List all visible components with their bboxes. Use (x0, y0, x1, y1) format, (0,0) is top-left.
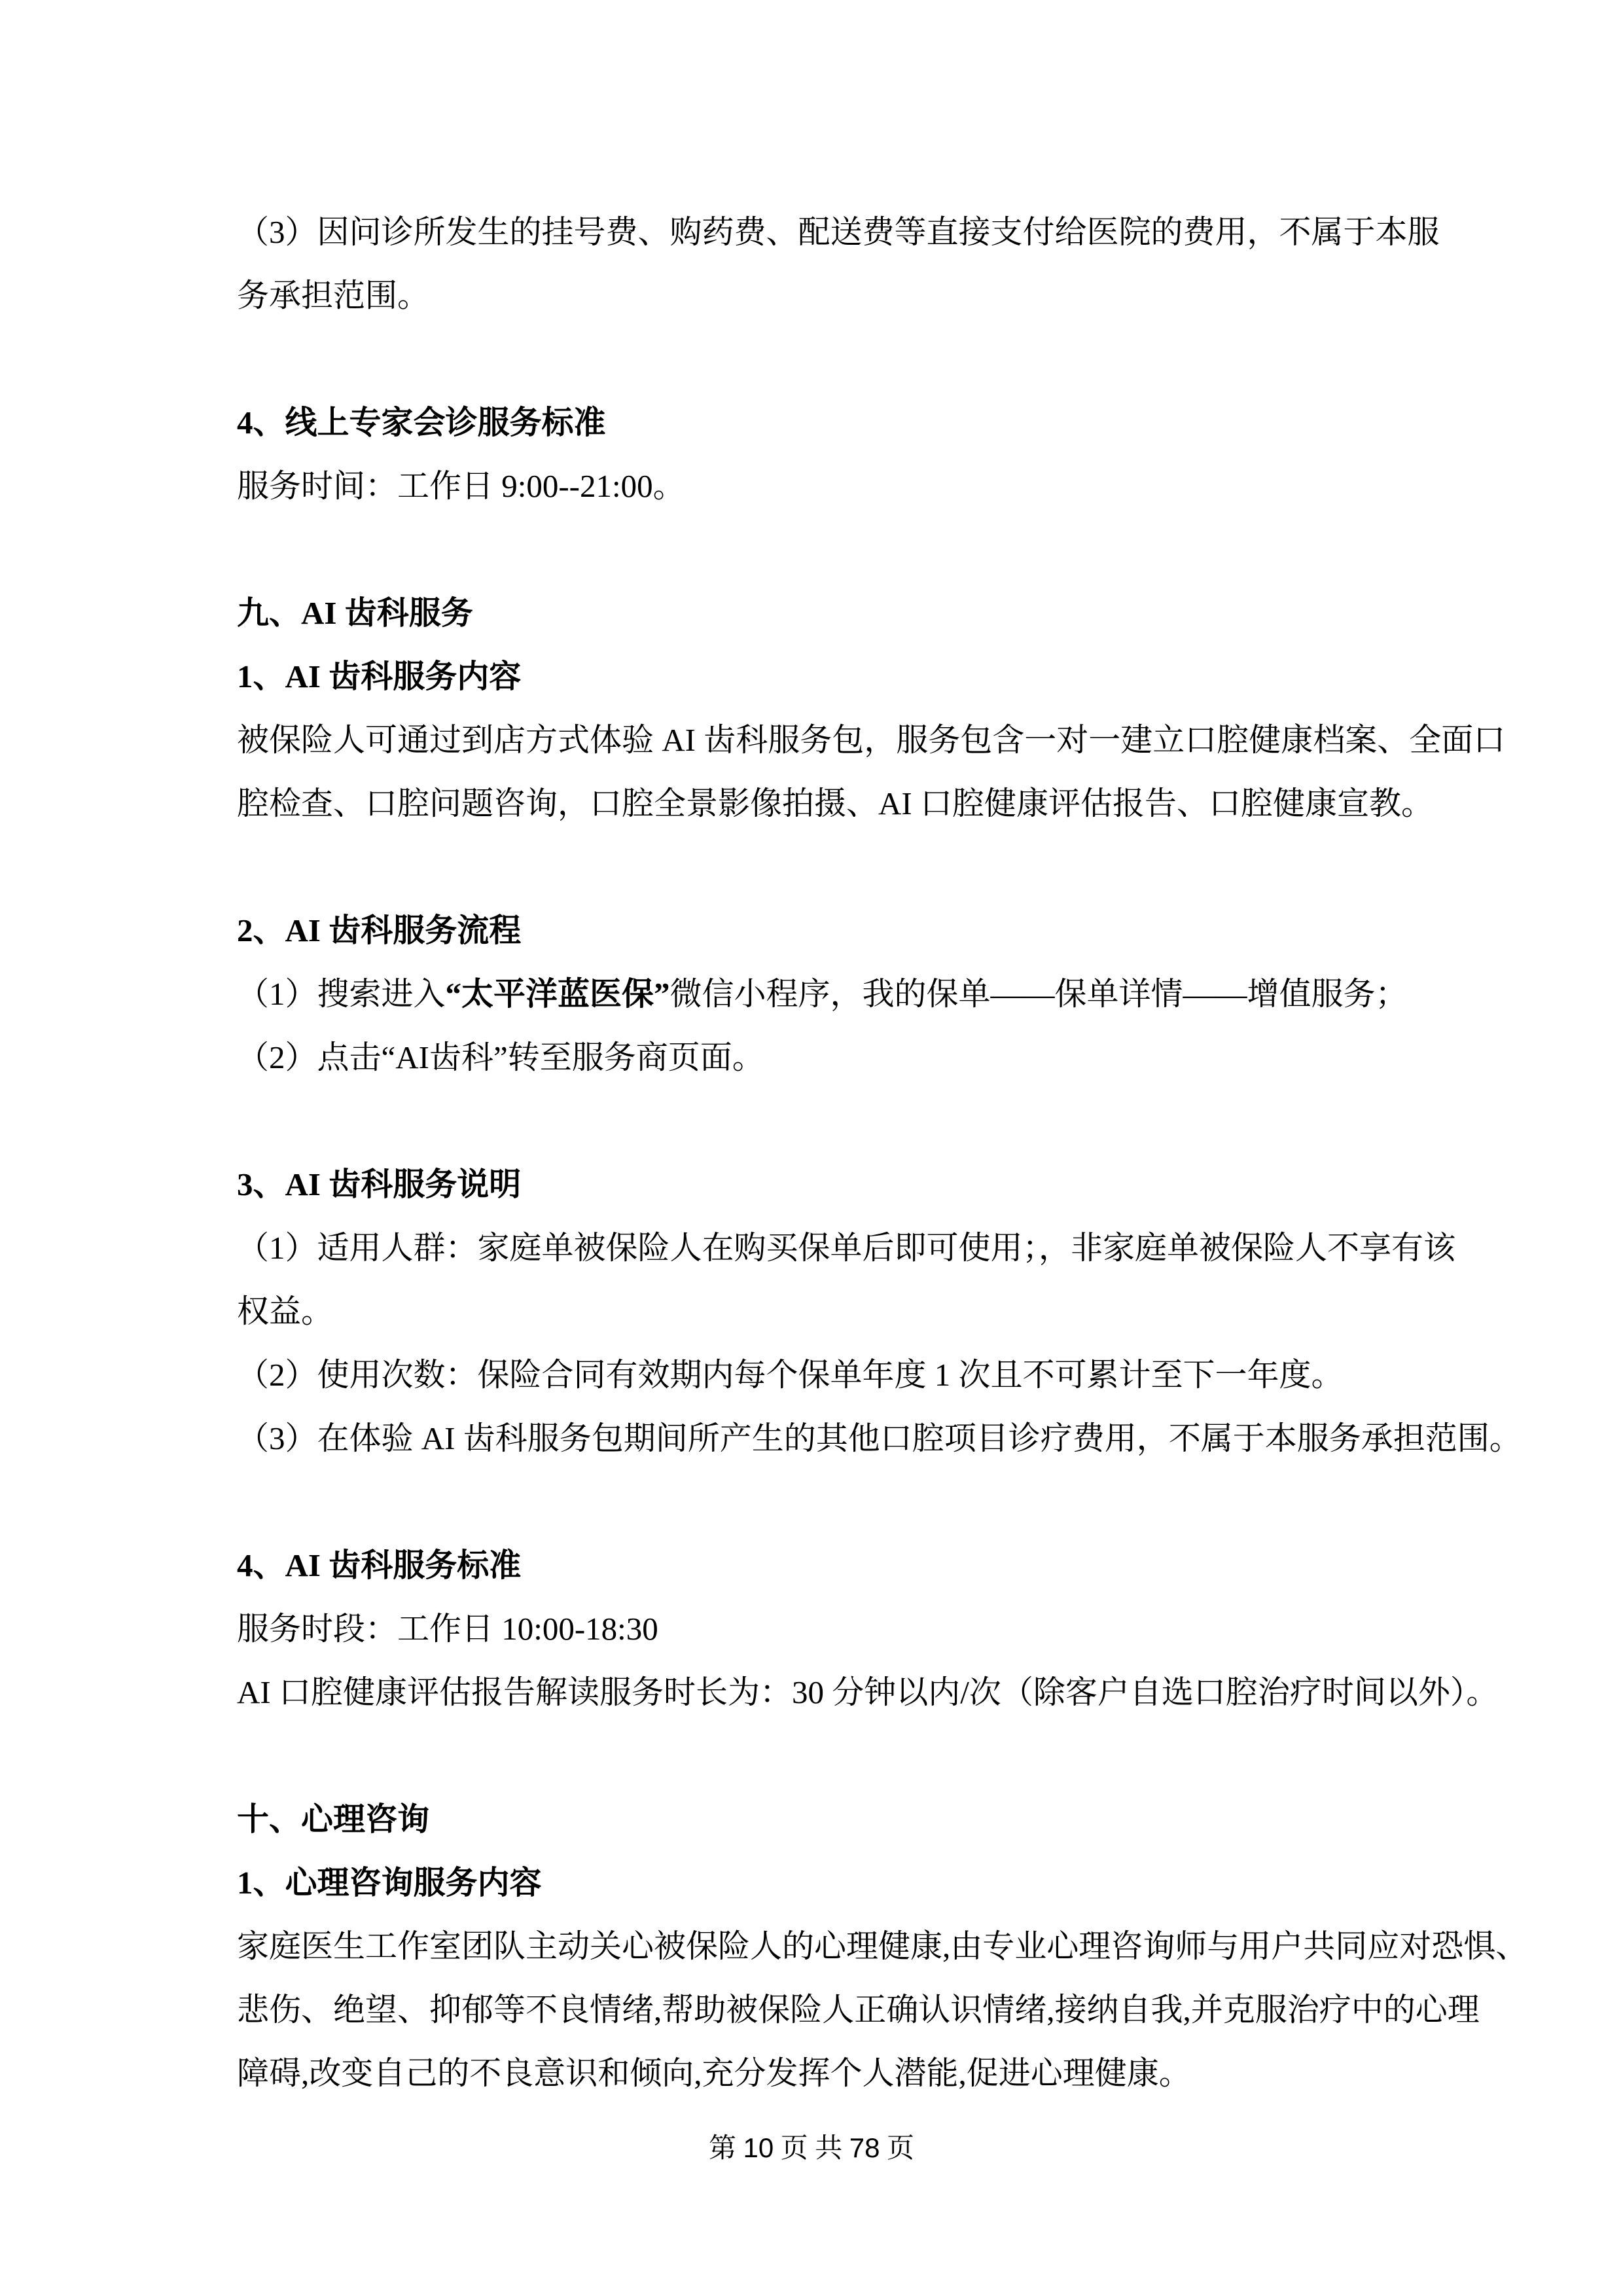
heading-section-ten-psych-counsel: 十、心理咨询 (237, 1787, 1389, 1851)
paragraph-line: AI 口腔健康评估报告解读服务时长为：30 分钟以内/次（除客户自选口腔治疗时间… (237, 1660, 1389, 1724)
heading-ai-dental-notes: 3、AI 齿科服务说明 (237, 1153, 1389, 1216)
paragraph-line: 被保险人可通过到店方式体验 AI 齿科服务包，服务包含一对一建立口腔健康档案、全… (237, 708, 1389, 772)
blank-line (237, 1089, 1389, 1153)
heading-ai-dental-process: 2、AI 齿科服务流程 (237, 899, 1389, 962)
footer-page-number: 10 (743, 2132, 774, 2163)
heading-ai-dental-content: 1、AI 齿科服务内容 (237, 645, 1389, 708)
brand-name-bold: “太平洋蓝医保” (446, 976, 670, 1012)
document-body: （3）因问诊所发生的挂号费、购药费、配送费等直接支付给医院的费用，不属于本服 务… (0, 0, 1623, 2105)
run-text: （1）搜索进入 (237, 976, 446, 1012)
blank-line (237, 518, 1389, 581)
footer-label-prefix: 第 (709, 2134, 743, 2164)
run-text: 微信小程序，我的保单——保单详情——增值服务； (670, 976, 1408, 1012)
footer-label-middle: 页 共 (774, 2134, 849, 2164)
heading-online-expert-consult-standard: 4、线上专家会诊服务标准 (237, 391, 1389, 454)
blank-line (237, 327, 1389, 391)
paragraph-line: （3）因问诊所发生的挂号费、购药费、配送费等直接支付给医院的费用，不属于本服 (237, 200, 1389, 264)
blank-line (237, 1724, 1389, 1787)
heading-section-nine-ai-dental: 九、AI 齿科服务 (237, 581, 1389, 645)
heading-ai-dental-standard: 4、AI 齿科服务标准 (237, 1534, 1389, 1597)
footer-total-pages: 78 (849, 2132, 880, 2163)
paragraph-line: 障碍,改变自己的不良意识和倾向,充分发挥个人潜能,促进心理健康。 (237, 2041, 1389, 2105)
paragraph-line: 腔检查、口腔问题咨询，口腔全景影像拍摄、AI 口腔健康评估报告、口腔健康宣教。 (237, 772, 1389, 835)
page-footer: 第 10 页 共 78 页 (0, 2129, 1623, 2168)
paragraph-line: （3）在体验 AI 齿科服务包期间所产生的其他口腔项目诊疗费用，不属于本服务承担… (237, 1407, 1389, 1470)
blank-line (237, 835, 1389, 899)
blank-line (237, 1470, 1389, 1534)
footer-label-suffix: 页 (880, 2134, 914, 2164)
paragraph-line: （2）使用次数：保险合同有效期内每个保单年度 1 次且不可累计至下一年度。 (237, 1343, 1389, 1407)
paragraph-line: 家庭医生工作室团队主动关心被保险人的心理健康,由专业心理咨询师与用户共同应对恐惧… (237, 1914, 1389, 1978)
paragraph-line-with-brand: （1）搜索进入“太平洋蓝医保”微信小程序，我的保单——保单详情——增值服务； (237, 962, 1389, 1026)
paragraph-line: （1）适用人群：家庭单被保险人在购买保单后即可使用；，非家庭单被保险人不享有该 (237, 1216, 1389, 1280)
paragraph-line: 权益。 (237, 1280, 1389, 1343)
paragraph-line: （2）点击“AI齿科”转至服务商页面。 (237, 1026, 1389, 1089)
paragraph-line: 服务时段：工作日 10:00-18:30 (237, 1597, 1389, 1660)
paragraph-line: 悲伤、绝望、抑郁等不良情绪,帮助被保险人正确认识情绪,接纳自我,并克服治疗中的心… (237, 1978, 1389, 2041)
heading-psych-counsel-content: 1、心理咨询服务内容 (237, 1851, 1389, 1914)
paragraph-line: 服务时间：工作日 9:00--21:00。 (237, 454, 1389, 518)
document-page: （3）因问诊所发生的挂号费、购药费、配送费等直接支付给医院的费用，不属于本服 务… (0, 0, 1623, 2296)
paragraph-line: 务承担范围。 (237, 264, 1389, 327)
